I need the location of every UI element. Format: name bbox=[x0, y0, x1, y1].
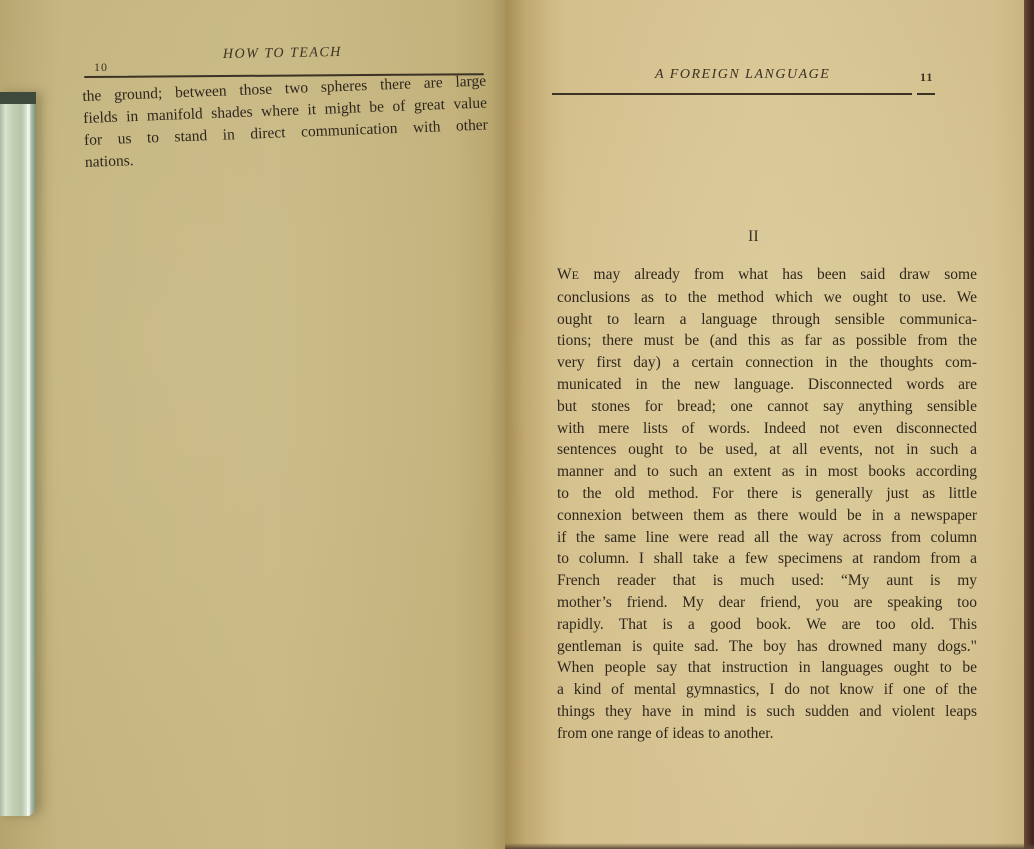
open-book-spread: 10 HOW TO TEACH ​ the ground; between th… bbox=[0, 0, 1034, 849]
text-line: municated in the new language. Disconnec… bbox=[557, 374, 977, 396]
text-line: sentences ought to be used, at all event… bbox=[557, 439, 977, 461]
text-line: manner and to such an extent as in most … bbox=[557, 461, 977, 483]
text-line: with mere lists of words. Indeed not eve… bbox=[557, 418, 977, 440]
right-page-body: WE may already from what has been said d… bbox=[557, 264, 977, 745]
text-line: things they have in mind is such sudden … bbox=[557, 701, 977, 723]
glass-page-weight bbox=[0, 92, 36, 816]
text-line: but stones for bread; one cannot say any… bbox=[557, 396, 977, 418]
text-line: French reader that is much used: “My aun… bbox=[557, 570, 977, 592]
text-line-first: WE may already from what has been said d… bbox=[557, 264, 977, 287]
text-line: ought to learn a language through sensib… bbox=[557, 309, 977, 331]
chapter-number: II bbox=[748, 228, 759, 246]
left-running-head: HOW TO TEACH bbox=[223, 45, 342, 63]
text-line: very first day) a certain connection in … bbox=[557, 352, 977, 374]
text-line: to column. I shall take a few specimens … bbox=[557, 548, 977, 570]
text-line: to the old method. For there is generall… bbox=[557, 483, 977, 505]
first-line-rest: may already from what has been said draw… bbox=[579, 266, 977, 283]
drop-cap: W bbox=[557, 266, 572, 283]
right-header-rule bbox=[552, 93, 912, 95]
right-page-number: 11 bbox=[920, 70, 933, 85]
left-page-number: 10 bbox=[94, 60, 108, 75]
text-line: conclusions as to the method which we ou… bbox=[557, 287, 977, 309]
text-line: mother’s friend. My dear friend, you are… bbox=[557, 592, 977, 614]
right-header-rule-tail bbox=[917, 93, 935, 95]
text-line: When people say that instruction in lang… bbox=[557, 657, 977, 679]
right-running-head: A FOREIGN LANGUAGE bbox=[655, 67, 830, 83]
text-line: a kind of mental gymnastics, I do not kn… bbox=[557, 679, 977, 701]
page-bottom-edge bbox=[505, 843, 1034, 849]
text-line: connexion between them as there would be… bbox=[557, 505, 977, 527]
text-line: rapidly. That is a good book. We are too… bbox=[557, 614, 977, 636]
text-line: gentleman is quite sad. The boy has drow… bbox=[557, 636, 977, 658]
book-cover-edge bbox=[1024, 0, 1034, 849]
text-line: tions; there must be (and this as far as… bbox=[557, 330, 977, 352]
left-page-body: the ground; between those two spheres th… bbox=[82, 70, 489, 173]
text-line: from one range of ideas to another. bbox=[557, 723, 977, 745]
text-line: if the same line were read all the way a… bbox=[557, 527, 977, 549]
